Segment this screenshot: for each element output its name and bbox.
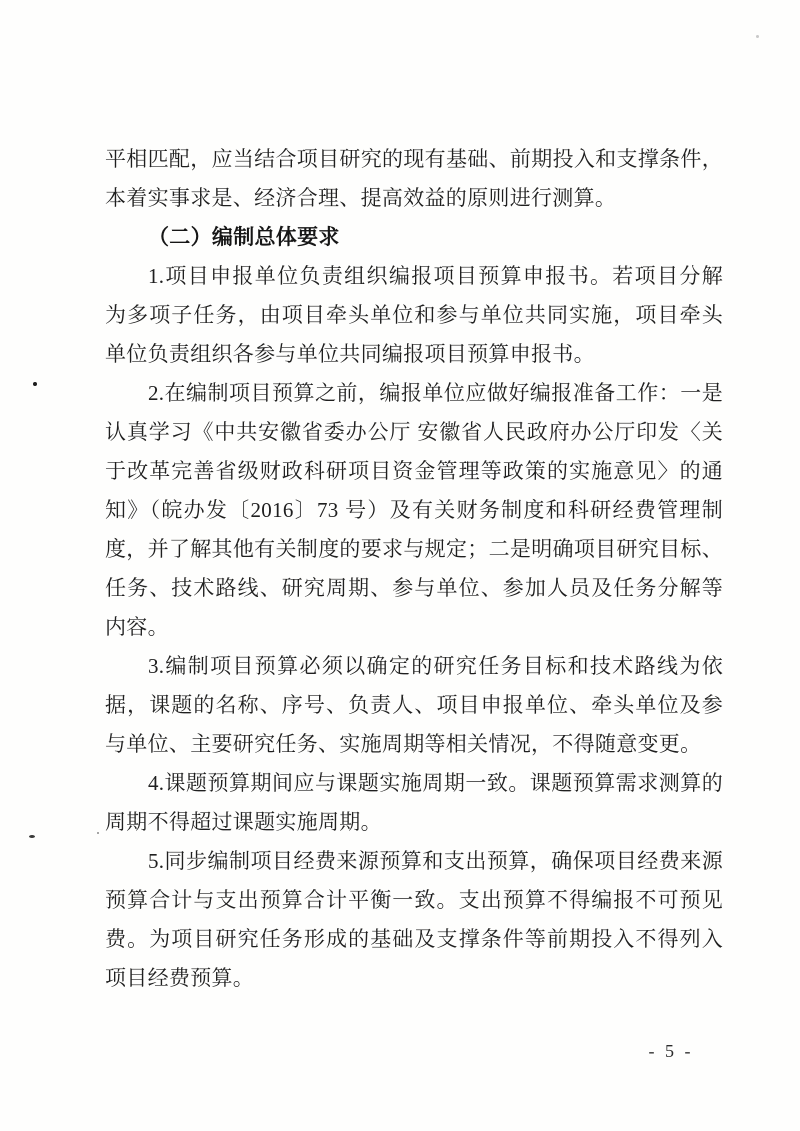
- text-line: 4.课题预算期间应与课题实施周期一致。课题预算需求测算的: [105, 764, 723, 803]
- text-line: 据，课题的名称、序号、负责人、项目申报单位、牵头单位及参: [105, 686, 723, 725]
- text-line: 费。为项目研究任务形成的基础及支撑条件等前期投入不得列入: [105, 920, 723, 959]
- text-line: 度，并了解其他有关制度的要求与规定；二是明确项目研究目标、: [105, 530, 723, 569]
- paragraph: 2.在编制项目预算之前，编报单位应做好编报准备工作：一是认真学习《中共安徽省委办…: [105, 374, 723, 647]
- page-number: - 5 -: [626, 1036, 716, 1066]
- text-line: 于改革完善省级财政科研项目资金管理等政策的实施意见〉的通: [105, 452, 723, 491]
- document-body: 平相匹配，应当结合项目研究的现有基础、前期投入和支撑条件，本着实事求是、经济合理…: [105, 140, 723, 998]
- text-line: 5.同步编制项目经费来源预算和支出预算，确保项目经费来源: [105, 842, 723, 881]
- paragraph: 1.项目申报单位负责组织编报项目预算申报书。若项目分解为多项子任务，由项目牵头单…: [105, 257, 723, 374]
- text-line: 为多项子任务，由项目牵头单位和参与单位共同实施，项目牵头: [105, 296, 723, 335]
- document-page: 平相匹配，应当结合项目研究的现有基础、前期投入和支撑条件，本着实事求是、经济合理…: [0, 0, 800, 1131]
- text-line: 与单位、主要研究任务、实施周期等相关情况，不得随意变更。: [105, 725, 723, 764]
- text-line: 内容。: [105, 608, 723, 647]
- section-heading: （二）编制总体要求: [105, 218, 723, 257]
- paragraph: 平相匹配，应当结合项目研究的现有基础、前期投入和支撑条件，本着实事求是、经济合理…: [105, 140, 723, 218]
- text-line: （二）编制总体要求: [105, 218, 723, 257]
- text-line: 知》（皖办发〔2016〕73 号）及有关财务制度和科研经费管理制: [105, 491, 723, 530]
- text-line: 2.在编制项目预算之前，编报单位应做好编报准备工作：一是: [105, 374, 723, 413]
- text-line: 周期不得超过课题实施周期。: [105, 803, 723, 842]
- scan-speck: [29, 835, 35, 838]
- paragraph: 3.编制项目预算必须以确定的研究任务目标和技术路线为依据，课题的名称、序号、负责…: [105, 647, 723, 764]
- text-line: 1.项目申报单位负责组织编报项目预算申报书。若项目分解: [105, 257, 723, 296]
- text-line: 平相匹配，应当结合项目研究的现有基础、前期投入和支撑条件，: [105, 140, 723, 179]
- scan-speck: [33, 382, 37, 386]
- text-line: 认真学习《中共安徽省委办公厅 安徽省人民政府办公厅印发〈关: [105, 413, 723, 452]
- scan-speck: [756, 35, 759, 38]
- text-line: 3.编制项目预算必须以确定的研究任务目标和技术路线为依: [105, 647, 723, 686]
- paragraph: 5.同步编制项目经费来源预算和支出预算，确保项目经费来源预算合计与支出预算合计平…: [105, 842, 723, 998]
- text-line: 本着实事求是、经济合理、提高效益的原则进行测算。: [105, 179, 723, 218]
- text-line: 任务、技术路线、研究周期、参与单位、参加人员及任务分解等: [105, 569, 723, 608]
- text-line: 预算合计与支出预算合计平衡一致。支出预算不得编报不可预见: [105, 881, 723, 920]
- text-line: 单位负责组织各参与单位共同编报项目预算申报书。: [105, 335, 723, 374]
- paragraph: 4.课题预算期间应与课题实施周期一致。课题预算需求测算的周期不得超过课题实施周期…: [105, 764, 723, 842]
- text-line: 项目经费预算。: [105, 959, 723, 998]
- scan-speck: [97, 832, 99, 834]
